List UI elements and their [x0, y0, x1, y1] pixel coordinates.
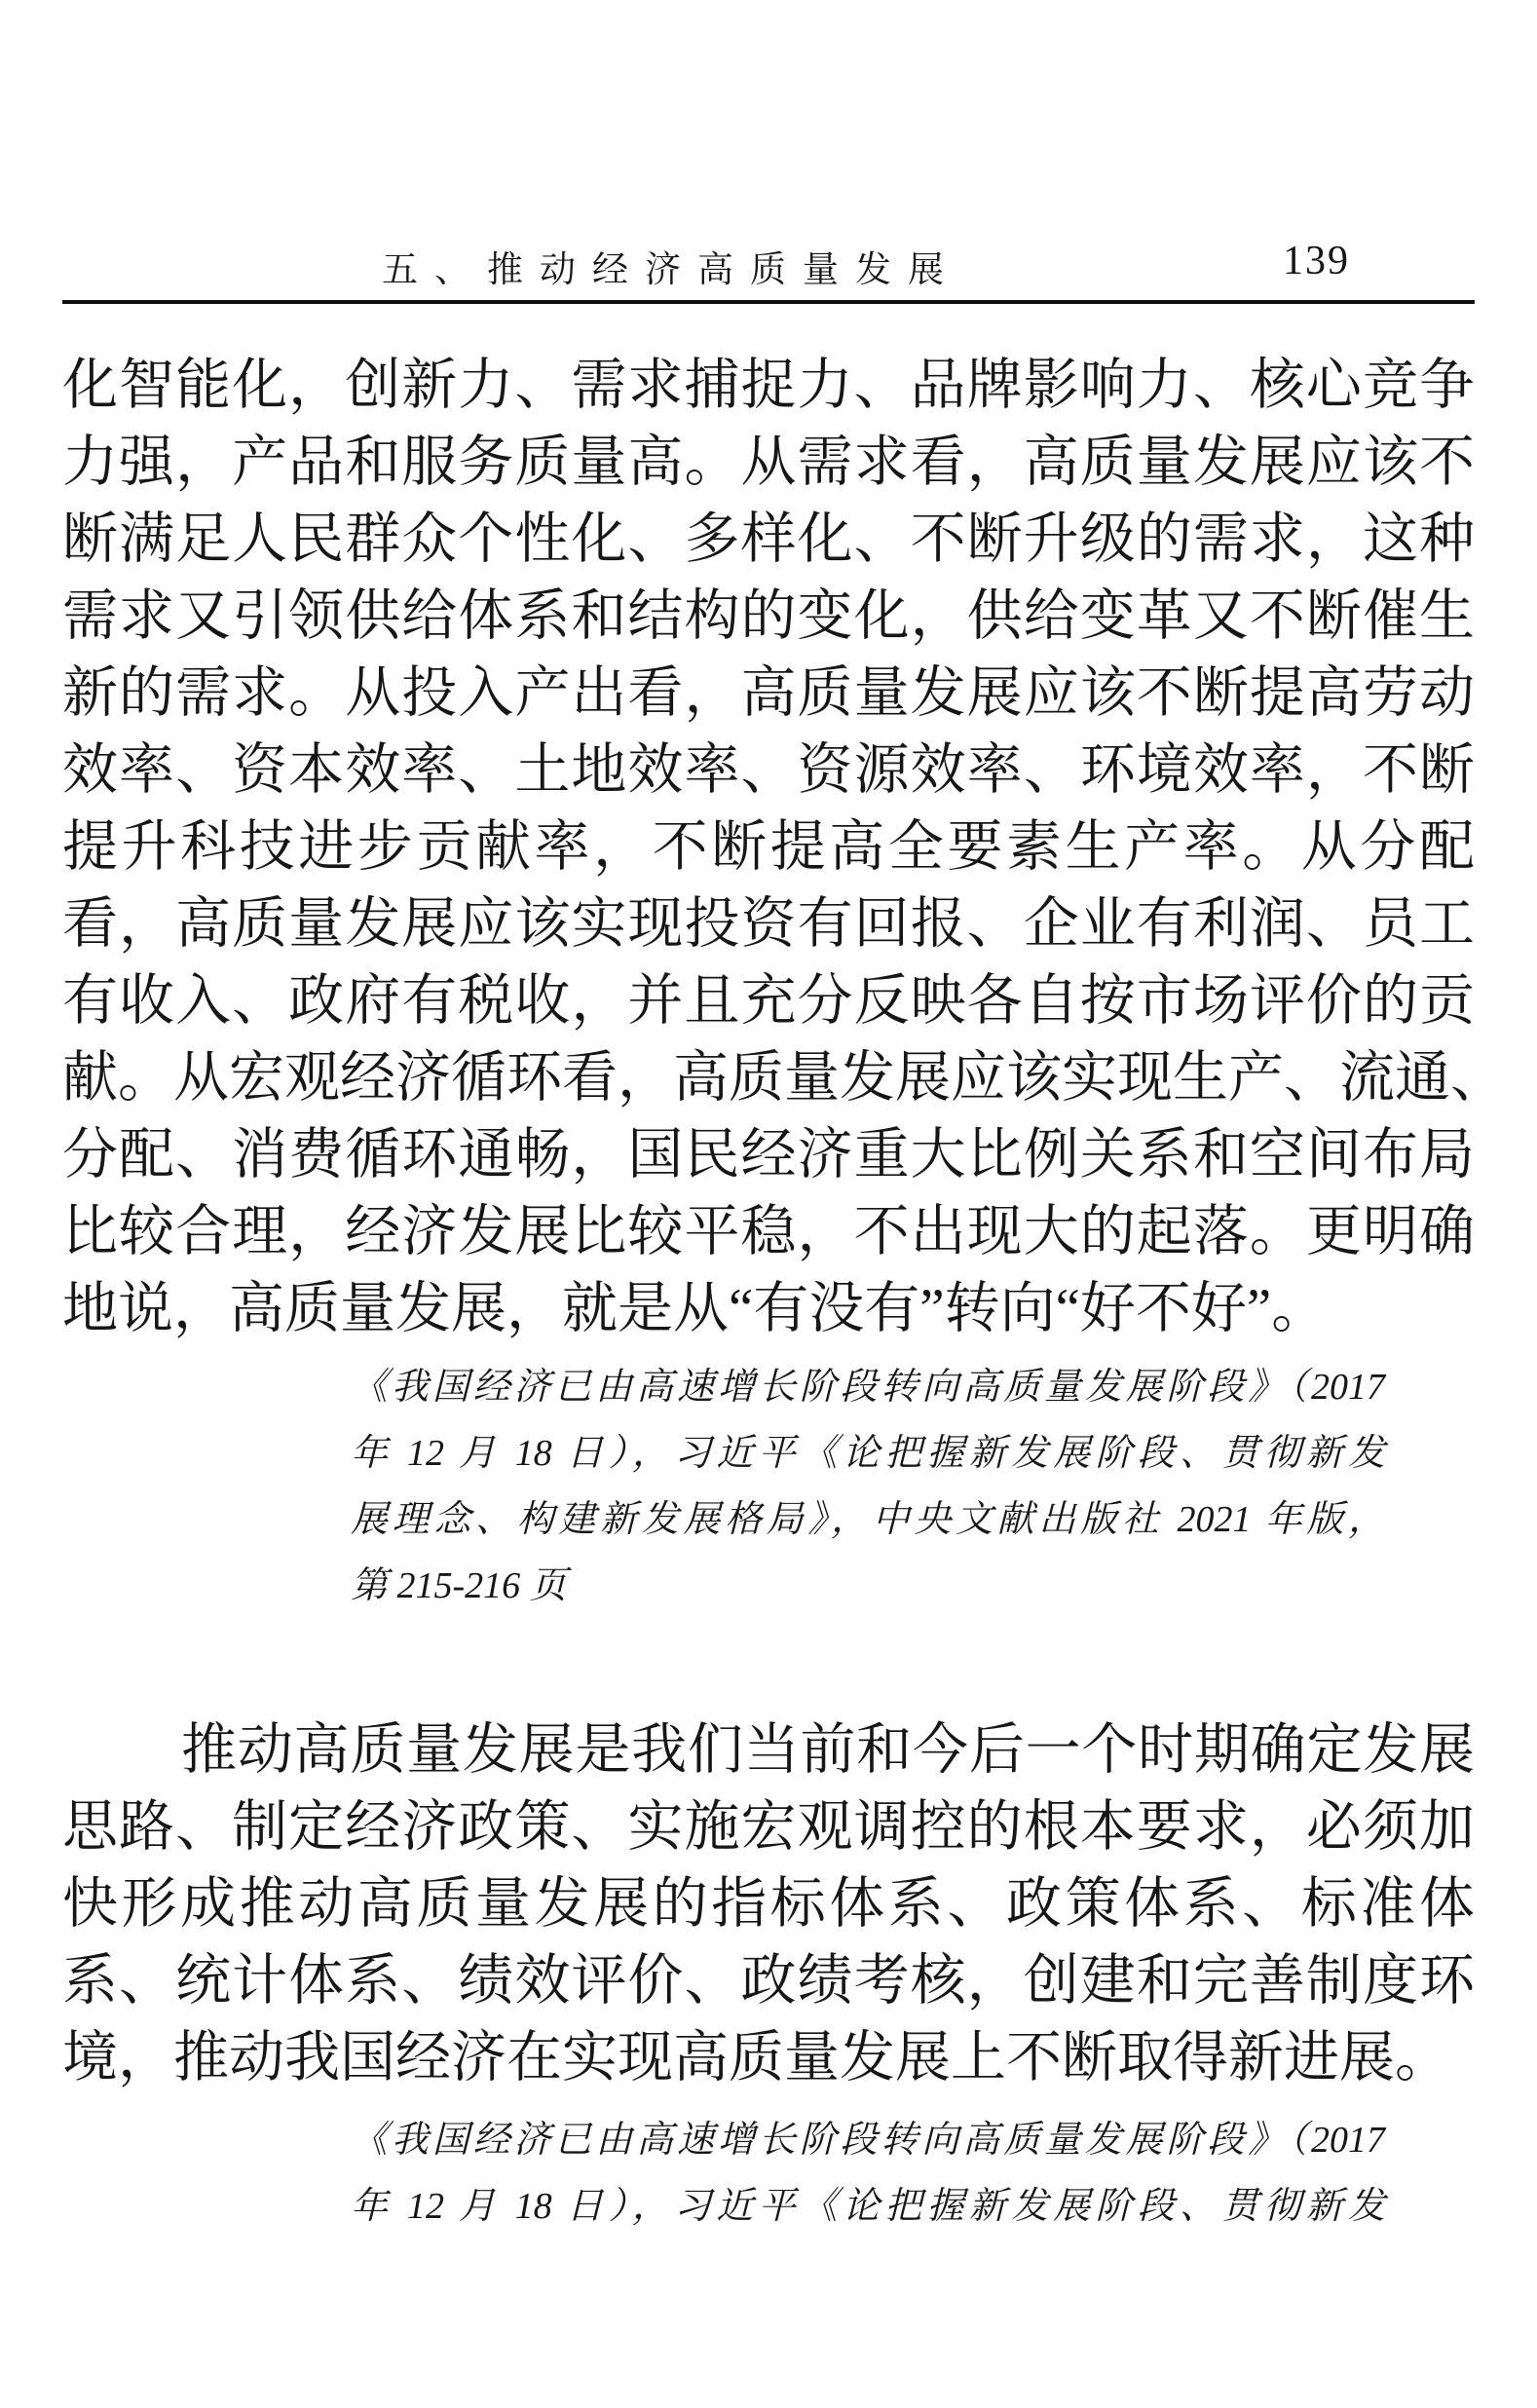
citation-line: 《我国经济已由高速增长阶段转向高质量发展阶段》（2017 — [351, 1354, 1385, 1420]
body-line: 思路、制定经济政策、实施宏观调控的根本要求，必须加 — [62, 1788, 1475, 1865]
citation-line: 年 12 月 18 日），习近平《论把握新发展阶段、贯彻新发 — [351, 2173, 1385, 2239]
page-number: 139 — [1283, 238, 1350, 284]
citation-line: 《我国经济已由高速增长阶段转向高质量发展阶段》（2017 — [351, 2107, 1385, 2173]
body-line: 献。从宏观经济循环看，高质量发展应该实现生产、流通、 — [62, 1039, 1475, 1116]
header-rule — [62, 300, 1475, 304]
body-line: 效率、资本效率、土地效率、资源效率、环境效率，不断 — [62, 732, 1475, 809]
body-line: 断满足人民群众个性化、多样化、不断升级的需求，这种 — [62, 501, 1475, 578]
body-line: 地说，高质量发展，就是从“有没有”转向“好不好”。 — [62, 1270, 1475, 1347]
body-line: 比较合理，经济发展比较平稳，不出现大的起落。更明确 — [62, 1193, 1475, 1270]
book-page: 五、推动经济高质量发展 139 化智能化，创新力、需求捕捉力、品牌影响力、核心竞… — [0, 0, 1537, 2408]
body-line: 新的需求。从投入产出看，高质量发展应该不断提高劳动 — [62, 655, 1475, 732]
body-line: 推动高质量发展是我们当前和今后一个时期确定发展 — [62, 1712, 1475, 1788]
body-line: 境，推动我国经济在实现高质量发展上不断取得新进展。 — [62, 2019, 1475, 2096]
citation-line: 展理念、构建新发展格局》，中央文献出版社 2021 年版， — [351, 1486, 1385, 1553]
source-citation-2: 《我国经济已由高速增长阶段转向高质量发展阶段》（2017 年 12 月 18 日… — [351, 2107, 1385, 2239]
citation-line: 第 215-216 页 — [351, 1553, 1385, 1619]
body-line: 快形成推动高质量发展的指标体系、政策体系、标准体 — [62, 1865, 1475, 1942]
body-line: 有收入、政府有税收，并且充分反映各自按市场评价的贡 — [62, 962, 1475, 1039]
paragraph-2: 推动高质量发展是我们当前和今后一个时期确定发展 思路、制定经济政策、实施宏观调控… — [62, 1712, 1475, 2096]
running-head: 五、推动经济高质量发展 139 — [62, 240, 1475, 286]
paragraph-1: 化智能化，创新力、需求捕捉力、品牌影响力、核心竞争 力强，产品和服务质量高。从需… — [62, 347, 1475, 1347]
body-line: 化智能化，创新力、需求捕捉力、品牌影响力、核心竞争 — [62, 347, 1475, 424]
body-line: 看，高质量发展应该实现投资有回报、企业有利润、员工 — [62, 885, 1475, 962]
body-line: 需求又引领供给体系和结构的变化，供给变革又不断催生 — [62, 578, 1475, 655]
body-line: 分配、消费循环通畅，国民经济重大比例关系和空间布局 — [62, 1116, 1475, 1193]
body-line: 系、统计体系、绩效评价、政绩考核，创建和完善制度环 — [62, 1942, 1475, 2019]
body-line: 力强，产品和服务质量高。从需求看，高质量发展应该不 — [62, 424, 1475, 501]
chapter-title: 五、推动经济高质量发展 — [0, 240, 1377, 292]
body-line: 提升科技进步贡献率，不断提高全要素生产率。从分配 — [62, 809, 1475, 885]
citation-line: 年 12 月 18 日），习近平《论把握新发展阶段、贯彻新发 — [351, 1420, 1385, 1486]
source-citation-1: 《我国经济已由高速增长阶段转向高质量发展阶段》（2017 年 12 月 18 日… — [351, 1354, 1385, 1619]
